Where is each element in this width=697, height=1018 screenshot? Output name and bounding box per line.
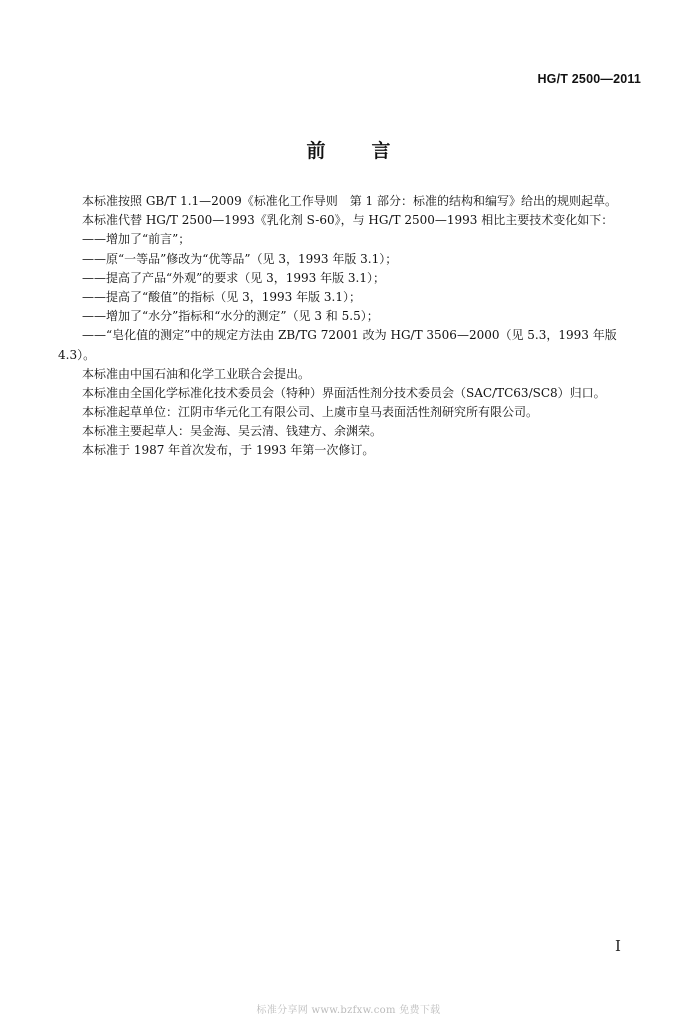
title-char-1: 前 — [306, 140, 325, 162]
paragraph-drafting-rules: 本标准按照 GB/T 1.1—2009《标准化工作导则 第 1 部分：标准的结构… — [58, 192, 638, 211]
change-item: ——“皂化值的测定”中的规定方法由 ZB/TG 72001 改为 HG/T 35… — [58, 326, 638, 345]
change-item-continuation: 4.3）。 — [58, 346, 638, 365]
foreword-body: 本标准按照 GB/T 1.1—2009《标准化工作导则 第 1 部分：标准的结构… — [58, 192, 638, 461]
watermark: 标准分享网 www.bzfxw.com 免费下载 — [0, 1001, 697, 1016]
page-number: I — [615, 937, 621, 955]
paragraph-drafters: 本标准主要起草人：吴金海、吴云清、钱建方、余渊荣。 — [58, 422, 638, 441]
title-char-2: 言 — [372, 140, 391, 162]
change-item: ——提高了“酸值”的指标（见 3，1993 年版 3.1）； — [58, 288, 638, 307]
change-item: ——增加了“前言”； — [58, 230, 638, 249]
paragraph-drafting-units: 本标准起草单位：江阴市华元化工有限公司、上虞市皇马表面活性剂研究所有限公司。 — [58, 403, 638, 422]
standard-code: HG/T 2500—2011 — [537, 72, 641, 86]
paragraph-history: 本标准于 1987 年首次发布，于 1993 年第一次修订。 — [58, 441, 638, 460]
paragraph-proposed-by: 本标准由中国石油和化学工业联合会提出。 — [58, 365, 638, 384]
page-title: 前言 — [0, 136, 697, 163]
paragraph-replaces: 本标准代替 HG/T 2500—1993《乳化剂 S-60》，与 HG/T 25… — [58, 211, 638, 230]
paragraph-managed-by: 本标准由全国化学标准化技术委员会（特种）界面活性剂分技术委员会（SAC/TC63… — [58, 384, 638, 403]
change-item: ——提高了产品“外观”的要求（见 3，1993 年版 3.1）； — [58, 269, 638, 288]
change-item: ——原“一等品”修改为“优等品”（见 3，1993 年版 3.1）； — [58, 250, 638, 269]
change-item: ——增加了“水分”指标和“水分的测定”（见 3 和 5.5）； — [58, 307, 638, 326]
